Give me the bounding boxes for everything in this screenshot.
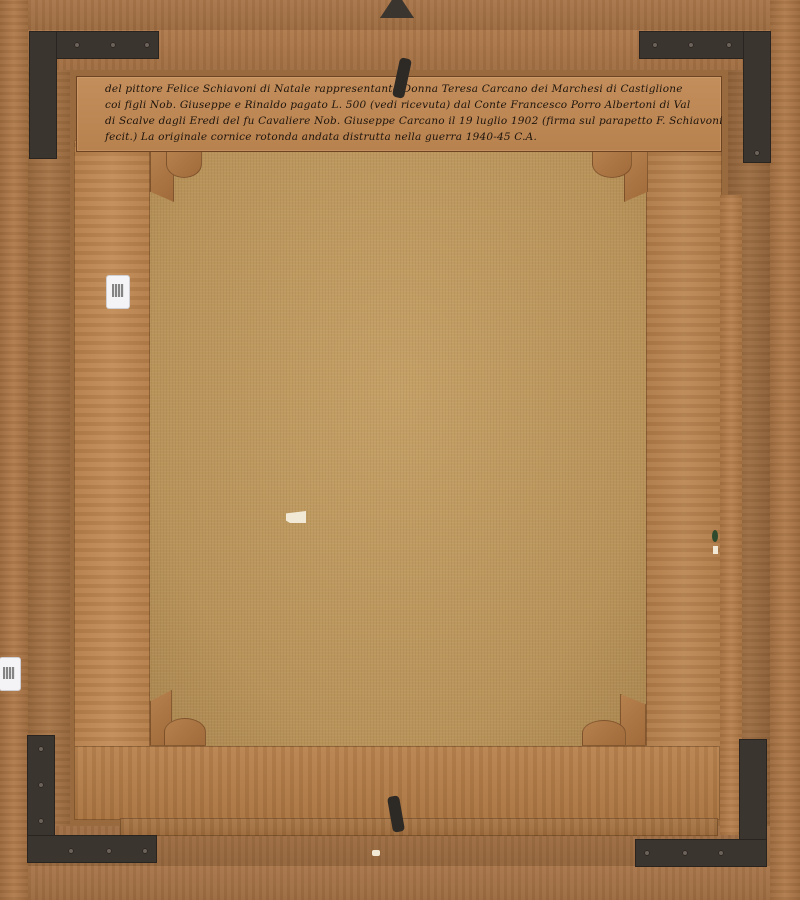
l-bracket-top-right-vertical (744, 32, 770, 162)
canvas-back (148, 150, 648, 748)
screw (682, 850, 688, 856)
l-bracket-bottom-left-horizontal (28, 836, 156, 862)
stretcher-left-bar (74, 140, 150, 750)
stretcher-bottom-lip (120, 818, 718, 836)
corner-wedge-top-right-round (592, 150, 632, 178)
l-bracket-bottom-right-horizontal (636, 840, 766, 866)
screw (106, 848, 112, 854)
inscription-line-4: fecit.) La originale cornice rotonda and… (105, 131, 537, 143)
inscription-line-2: coi figli Nob. Giuseppe e Rinaldo pagato… (105, 99, 690, 111)
frame-left-rail (0, 0, 28, 900)
screw (110, 42, 116, 48)
screw (38, 782, 44, 788)
frame-right-rail (770, 0, 800, 900)
screw (726, 42, 732, 48)
screw (74, 42, 80, 48)
qr-code-icon (3, 667, 15, 679)
screw (38, 818, 44, 824)
screw (68, 848, 74, 854)
stretcher-right-lip (720, 195, 742, 835)
stretcher-green-mark (712, 530, 718, 542)
corner-wedge-bottom-left-round (164, 718, 206, 746)
qr-code-icon (112, 284, 124, 297)
screw (144, 42, 150, 48)
stretcher-chip (713, 546, 718, 554)
corner-wedge-bottom-right-round (582, 720, 626, 746)
frame-bottom-rail (0, 866, 800, 900)
qr-sticker-stretcher (107, 276, 129, 308)
screw (754, 150, 760, 156)
corner-wedge-top-left-round (166, 150, 202, 178)
screw (142, 848, 148, 854)
screw (644, 850, 650, 856)
qr-sticker-frame (0, 658, 20, 690)
l-bracket-top-left-vertical (30, 32, 56, 158)
screw (38, 746, 44, 752)
screw (718, 850, 724, 856)
inscription-line-3: di Scalve dagli Eredi del fu Cavaliere N… (105, 115, 723, 127)
frame-chip-bottom (372, 850, 380, 856)
stretcher-right-bar (646, 140, 722, 750)
screw (688, 42, 694, 48)
screw (652, 42, 658, 48)
